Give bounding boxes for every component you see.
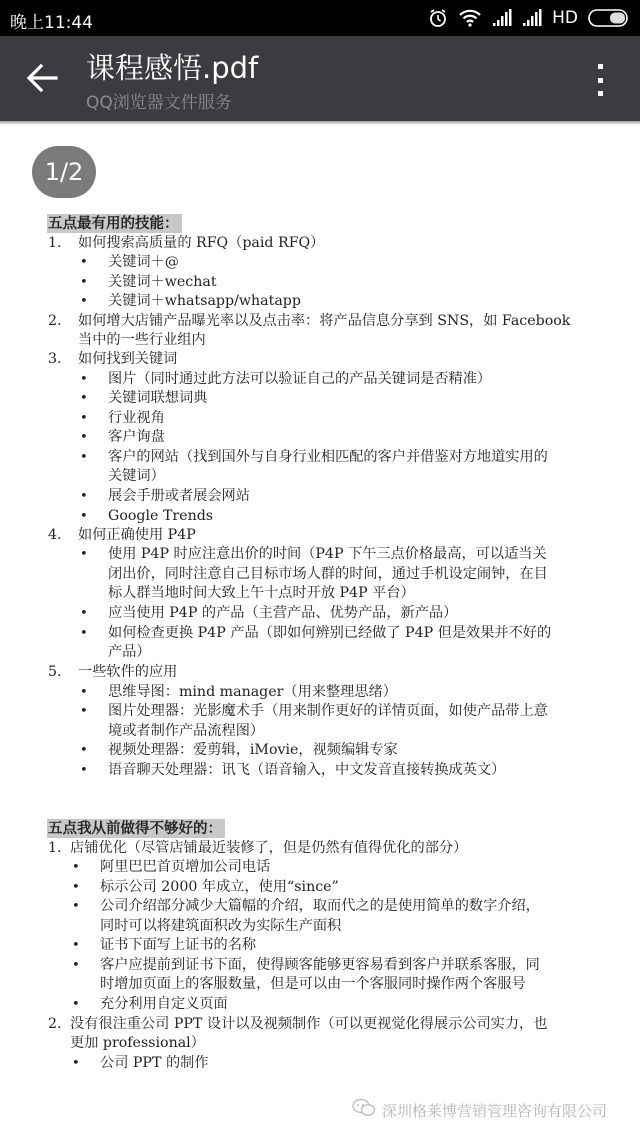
bullet-item: 行业视角: [108, 409, 165, 428]
bullet-icon: •: [72, 936, 80, 955]
bullet-item-continued: 标人群当地时间大致上午十点时开放 P4P 平台）: [108, 584, 415, 603]
list-item-continued: 当中的一些行业组内: [78, 331, 206, 350]
app-bar-divider: [0, 121, 640, 125]
bullet-icon: •: [80, 253, 88, 272]
bullet-icon: •: [72, 897, 80, 916]
bullet-item: 客户询盘: [108, 428, 165, 447]
bullet-item: 关键词＋whatsapp/whatapp: [108, 292, 301, 311]
bullet-item-continued: 同时可以将建筑面积改为实际生产面积: [100, 917, 341, 936]
bullet-icon: •: [80, 624, 88, 643]
signal-icon: [492, 9, 512, 27]
app-bar: 课程感悟.pdf QQ浏览器文件服务: [0, 36, 640, 121]
bullet-icon: •: [72, 878, 80, 897]
list-item: 如何增大店铺产品曝光率以及点击率：将产品信息分享到 SNS，如 Facebook: [78, 312, 570, 331]
bullet-item: 客户的网站（找到国外与自身行业相匹配的客户并借鉴对方地道实用的: [108, 448, 548, 467]
bullet-item: 展会手册或者展会网站: [108, 487, 250, 506]
bullet-item: 图片（同时通过此方法可以验证自己的产品关键词是否精准）: [108, 370, 491, 389]
bullet-item: 阿里巴巴首页增加公司电话: [100, 858, 270, 877]
file-subtitle: QQ浏览器文件服务: [86, 88, 232, 113]
file-title: 课程感悟.pdf: [86, 46, 258, 87]
bullet-icon: •: [80, 741, 88, 760]
watermark-text: 深圳格莱博营销管理咨询有限公司: [382, 1100, 607, 1121]
bullet-item-continued: 时增加页面上的客服数量，但是可以由一个客服同时操作两个客服号: [100, 975, 526, 994]
page-indicator: 1/2: [32, 146, 96, 198]
list-number: 2.: [48, 1015, 62, 1034]
bullet-item-continued: 产品）: [108, 643, 151, 662]
bullet-icon: •: [80, 487, 88, 506]
list-number: 4.: [48, 526, 62, 545]
bullet-icon: •: [80, 428, 88, 447]
back-button[interactable]: [22, 58, 62, 98]
list-item: 一些软件的应用: [78, 663, 177, 682]
bullet-icon: •: [80, 389, 88, 408]
bullet-item: 应当使用 P4P 的产品（主营产品、优势产品，新产品）: [108, 604, 457, 623]
bullet-item: 证书下面写上证书的名称: [100, 936, 256, 955]
more-vert-icon: [598, 64, 603, 69]
list-number: 2.: [48, 312, 62, 331]
bullet-icon: •: [80, 545, 88, 564]
bullet-item: 关键词＋@: [108, 253, 179, 272]
bullet-item: 公司介绍部分减少大篇幅的介绍，取而代之的是使用简单的数字介绍，: [100, 897, 540, 916]
bullet-icon: •: [80, 507, 88, 526]
bullet-icon: •: [80, 448, 88, 467]
bullet-item-continued: 境或者制作产品流程图）: [108, 722, 264, 741]
bullet-item: 语音聊天处理器：讯飞（语音输入，中文发音直接转换成英文）: [108, 761, 505, 780]
bullet-icon: •: [80, 292, 88, 311]
watermark: 深圳格莱博营销管理咨询有限公司: [352, 1098, 607, 1122]
bullet-item: 标示公司 2000 年成立，使用“since”: [100, 878, 339, 897]
bullet-icon: •: [80, 604, 88, 623]
arrow-left-icon: [22, 83, 62, 102]
bullet-item: Google Trends: [108, 507, 213, 526]
list-number: 1.: [48, 234, 62, 253]
status-bar: 晚上11:44 HD: [0, 0, 640, 36]
bullet-item: 思维导图：mind manager（用来整理思绪）: [108, 683, 397, 702]
bullet-icon: •: [80, 702, 88, 721]
bullet-item: 关键词联想词典: [108, 389, 207, 408]
list-item: 如何正确使用 P4P: [78, 526, 196, 545]
list-item: 如何找到关键词: [78, 350, 177, 369]
wechat-icon: [352, 1098, 376, 1122]
bullet-item: 公司 PPT 的制作: [100, 1054, 209, 1073]
list-item: 店铺优化（尽管店铺最近装修了，但是仍然有值得优化的部分）: [70, 839, 467, 858]
bullet-icon: •: [72, 858, 80, 877]
bullet-icon: •: [80, 761, 88, 780]
list-number: 1.: [48, 839, 62, 858]
list-item-continued: 更加 professional）: [70, 1034, 205, 1053]
bullet-icon: •: [80, 683, 88, 702]
bullet-item: 使用 P4P 时应注意出价的时间（P4P 下午三点价格最高，可以适当关: [108, 545, 547, 564]
list-number: 5.: [48, 663, 62, 682]
bullet-item: 充分利用自定义页面: [100, 995, 228, 1014]
network-type: HD: [552, 8, 578, 28]
list-item: 如何搜索高质量的 RFQ（paid RFQ）: [78, 234, 324, 253]
bullet-icon: •: [72, 995, 80, 1014]
section-heading: 五点最有用的技能：: [47, 214, 182, 233]
bullet-icon: •: [80, 370, 88, 389]
battery-icon: [588, 9, 630, 27]
bullet-icon: •: [80, 409, 88, 428]
bullet-item-continued: 关键词）: [108, 467, 165, 486]
wifi-icon: [458, 9, 482, 27]
list-item: 没有很注重公司 PPT 设计以及视频制作（可以更视觉化得展示公司实力，也: [70, 1015, 547, 1034]
bullet-item: 客户应提前到证书下面，使得顾客能够更容易看到客户并联系客服，同: [100, 956, 540, 975]
signal-icon: [522, 9, 542, 27]
status-time: 晚上11:44: [10, 8, 93, 33]
section-heading: 五点我从前做得不够好的：: [47, 819, 225, 838]
alarm-icon: [428, 8, 448, 28]
bullet-icon: •: [72, 1054, 80, 1073]
status-icons: HD: [428, 7, 630, 29]
bullet-item-continued: 闭出价，同时注意自己目标市场人群的时间，通过手机设定闹钟，在目: [108, 565, 548, 584]
bullet-item: 如何检查更换 P4P 产品（即如何辨别已经做了 P4P 但是效果并不好的: [108, 624, 551, 643]
bullet-item: 关键词＋wechat: [108, 273, 217, 292]
bullet-item: 视频处理器：爱剪辑，iMovie，视频编辑专家: [108, 741, 398, 760]
bullet-icon: •: [80, 273, 88, 292]
more-options-button[interactable]: [590, 60, 610, 100]
list-number: 3.: [48, 350, 62, 369]
bullet-item: 图片处理器：光影魔术手（用来制作更好的详情页面，如使产品带上意: [108, 702, 548, 721]
bullet-icon: •: [72, 956, 80, 975]
